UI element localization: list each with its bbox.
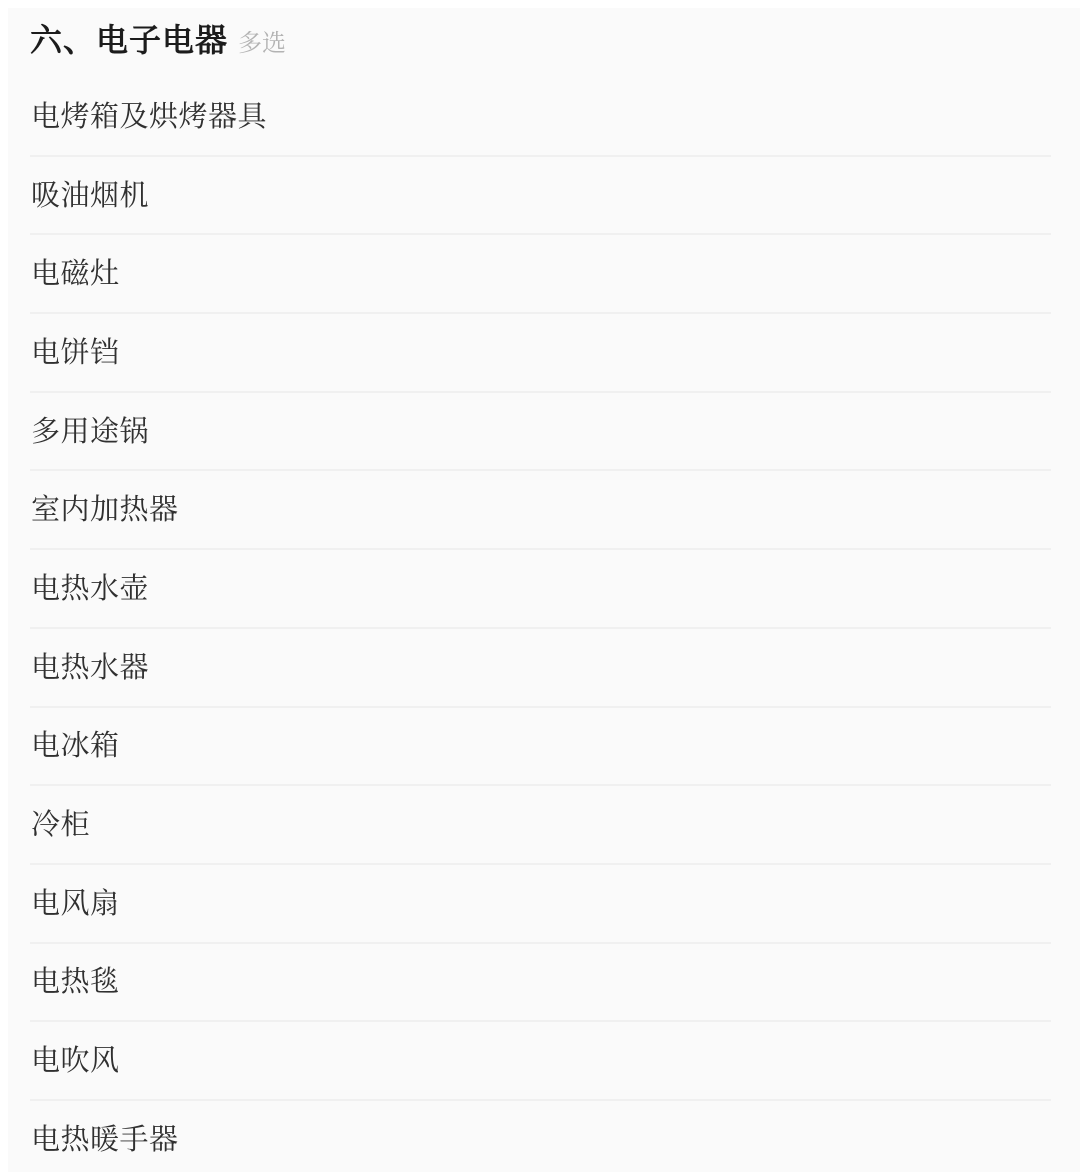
option-label: 电饼铛: [31, 339, 120, 368]
option-label: 电冰箱: [31, 732, 120, 761]
option-row[interactable]: 电饼铛: [8, 314, 1080, 393]
option-label: 电热水器: [31, 654, 149, 683]
option-label: 吸油烟机: [31, 182, 149, 211]
options-list: 电烤箱及烘烤器具 吸油烟机 电磁灶 电饼铛 多用途锅 室内加热器 电热水壶 电热…: [8, 78, 1080, 1172]
option-row[interactable]: 冷柜: [8, 786, 1080, 865]
multi-select-badge: 多选: [238, 23, 286, 58]
option-label: 电烤箱及烘烤器具: [31, 103, 267, 132]
option-label: 电热水壶: [31, 575, 149, 604]
option-label: 冷柜: [31, 811, 90, 840]
option-row[interactable]: 电热水器: [8, 629, 1080, 708]
option-row[interactable]: 电磁灶: [8, 235, 1080, 314]
option-row[interactable]: 电风扇: [8, 865, 1080, 944]
option-label: 电风扇: [31, 890, 120, 919]
option-label: 电热暖手器: [31, 1126, 179, 1155]
option-label: 室内加热器: [31, 496, 179, 525]
option-row[interactable]: 多用途锅: [8, 393, 1080, 472]
option-label: 电热毯: [31, 968, 120, 997]
option-row[interactable]: 电热暖手器: [8, 1101, 1080, 1172]
option-row[interactable]: 电冰箱: [8, 708, 1080, 787]
option-label: 多用途锅: [31, 418, 149, 447]
question-section: 六、电子电器 多选 电烤箱及烘烤器具 吸油烟机 电磁灶 电饼铛 多用途锅 室内加…: [8, 8, 1080, 1172]
option-label: 电吹风: [31, 1047, 120, 1076]
option-row[interactable]: 室内加热器: [8, 471, 1080, 550]
option-row[interactable]: 电吹风: [8, 1022, 1080, 1101]
option-row[interactable]: 电热毯: [8, 944, 1080, 1023]
question-title: 六、电子电器: [30, 20, 228, 60]
question-header: 六、电子电器 多选: [8, 8, 1080, 78]
option-row[interactable]: 电热水壶: [8, 550, 1080, 629]
option-row[interactable]: 电烤箱及烘烤器具: [8, 78, 1080, 157]
option-row[interactable]: 吸油烟机: [8, 157, 1080, 236]
option-label: 电磁灶: [31, 260, 120, 289]
